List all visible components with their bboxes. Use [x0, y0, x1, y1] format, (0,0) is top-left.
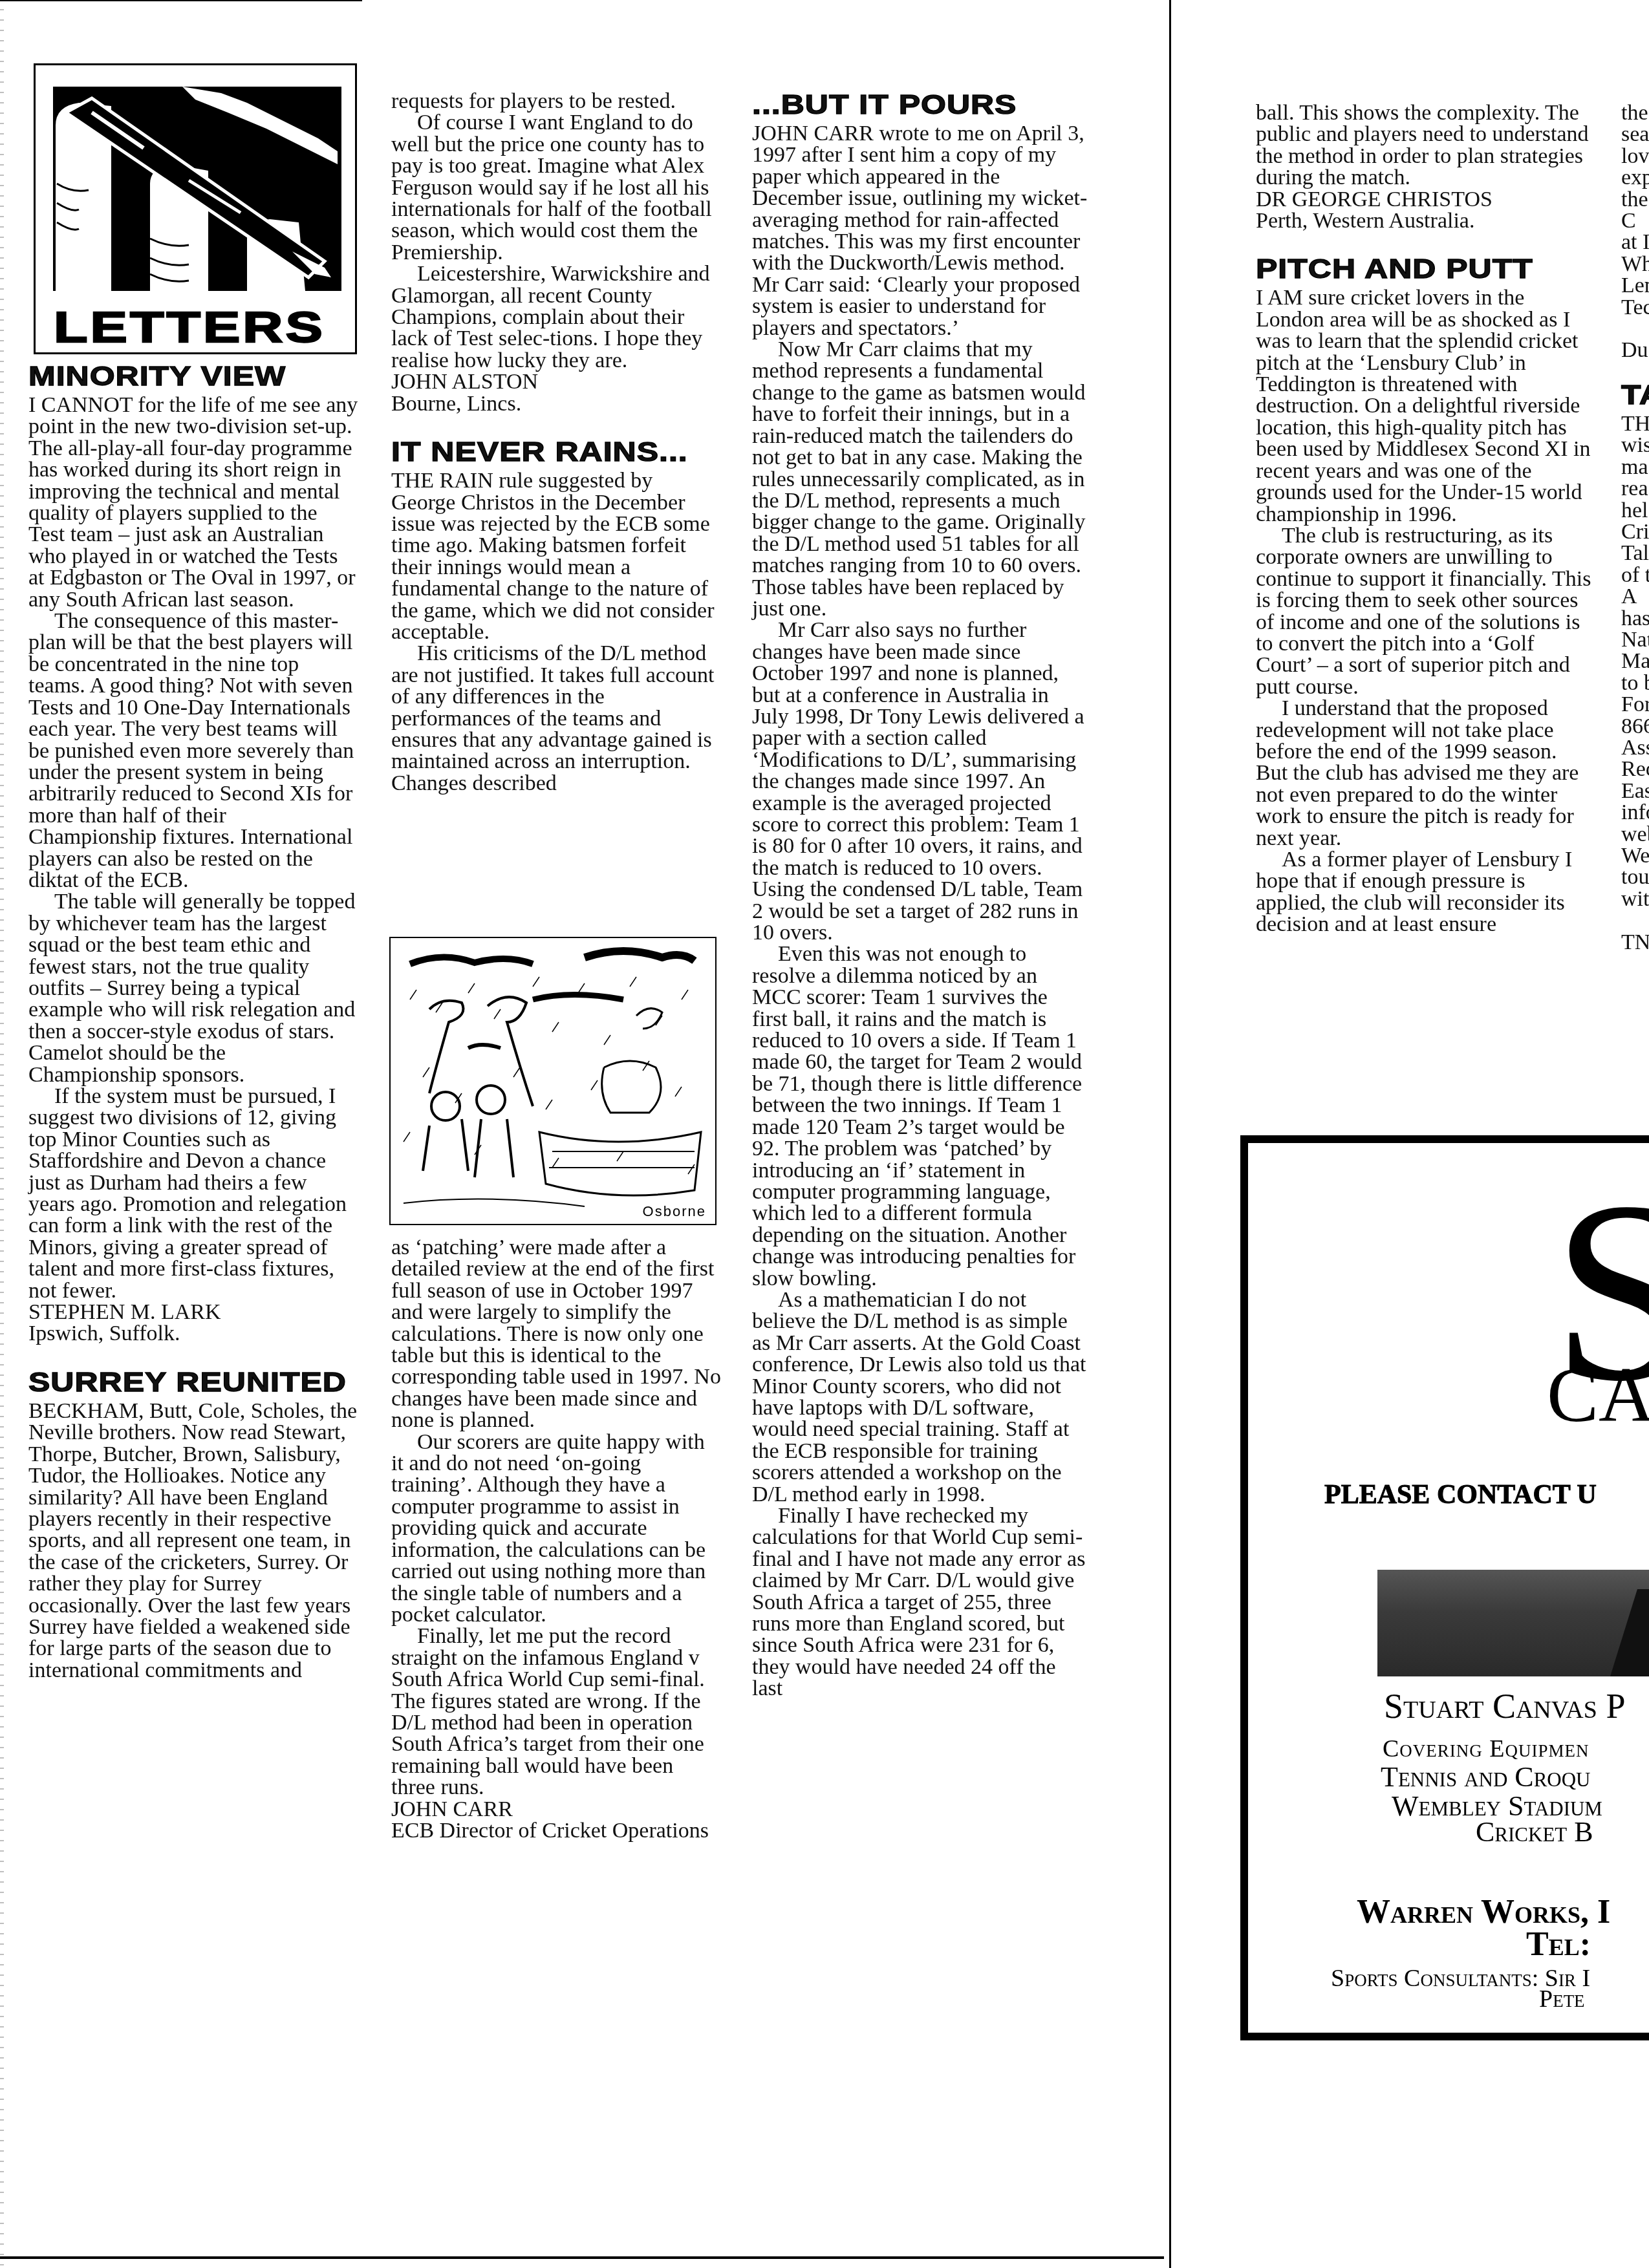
letter-paragraph: The table will generally be topped by wh… [28, 891, 358, 1086]
text-fragment: info [1621, 802, 1649, 823]
text-fragment: has [1621, 608, 1649, 629]
letter-signature: STEPHEN M. LARK [28, 1301, 358, 1323]
text-fragment: Du [1621, 339, 1649, 361]
letter-paragraph: As a former player of Lensbury I hope th… [1256, 849, 1592, 936]
text-fragment: 866 [1621, 716, 1649, 737]
letter-paragraph: Finally, let me put the record straight … [391, 1625, 721, 1798]
text-fragment: C [1621, 210, 1649, 231]
text-fragment: Tal [1621, 542, 1649, 564]
letter-paragraph: ball. This shows the complexity. The pub… [1256, 102, 1592, 189]
letter-paragraph: I AM sure cricket lovers in the London a… [1256, 287, 1592, 524]
text-fragment: Wh [1621, 253, 1649, 275]
page-gutter [1169, 0, 1171, 2268]
letter-paragraph: requests for players to be rested. [391, 91, 721, 112]
rain-cartoon-image: Osborne [389, 937, 717, 1225]
letter-paragraph: His criticisms of the D/L method are not… [391, 643, 721, 794]
letter-paragraph: Leicestershire, Warwickshire and Glamorg… [391, 263, 721, 371]
letter-paragraph: The club is restructuring, as its corpor… [1256, 525, 1592, 698]
advert-covers-photo [1377, 1570, 1649, 1676]
letter-paragraph: Our scorers are quite happy with it and … [391, 1431, 721, 1626]
letter-paragraph: THE RAIN rule suggested by George Christ… [391, 470, 721, 643]
text-fragment: with [1621, 888, 1649, 910]
letter-paragraph: Of course I want England to do well but … [391, 112, 721, 263]
letter-paragraph: Even this was not enough to resolve a di… [752, 943, 1088, 1289]
text-fragment: wis [1621, 434, 1649, 456]
text-fragment: hel [1621, 500, 1649, 521]
text-fragment: Ass [1621, 737, 1649, 758]
top-rule [0, 0, 362, 1]
magazine-spread: LETTERS MINORITY VIEW I CANNOT for the l… [0, 0, 1649, 2268]
text-fragment: Tec [1621, 297, 1649, 318]
text-fragment: TNA [1621, 932, 1649, 953]
scan-edge [0, 0, 4, 2268]
letter-paragraph: Finally I have rechecked my calculations… [752, 1505, 1088, 1700]
letter-location: Ipswich, Suffolk. [28, 1323, 358, 1344]
text-fragment: A [1621, 586, 1649, 607]
letters-masthead: LETTERS [34, 63, 357, 354]
column-2-lower: as ‘patching’ were made after a detailed… [391, 1237, 721, 1841]
letter-paragraph: as ‘patching’ were made after a detailed… [391, 1237, 721, 1431]
advert-company-name: Stuart Canvas P [1384, 1686, 1625, 1726]
letter-heading: IT NEVER RAINS... [391, 438, 721, 465]
letter-location: ECB Director of Cricket Operations [391, 1820, 721, 1841]
text-fragment: web [1621, 824, 1649, 845]
text-fragment: Len [1621, 275, 1649, 296]
text-fragment: tou [1621, 866, 1649, 888]
letter-signature: JOHN ALSTON [391, 371, 721, 392]
letter-paragraph: I understand that the proposed redevelop… [1256, 698, 1592, 849]
text-fragment: sea [1621, 123, 1649, 145]
text-fragment: rea [1621, 478, 1649, 499]
text-fragment: TH [1621, 413, 1649, 434]
letter-paragraph: Now Mr Carr claims that my method repres… [752, 339, 1088, 619]
text-fragment: Rec [1621, 758, 1649, 780]
advert-consultants-cont: Pete [1539, 1985, 1585, 2013]
text-fragment: Cri [1621, 521, 1649, 542]
letter-paragraph: BECKHAM, Butt, Cole, Scholes, the Nevill… [28, 1400, 358, 1681]
advert-line: Cricket B [1476, 1815, 1593, 1848]
advert-line: Tennis and Croqu [1381, 1760, 1591, 1793]
text-fragment: For [1621, 694, 1649, 715]
letter-heading: ...BUT IT POURS [752, 91, 1088, 118]
text-fragment: of t [1621, 564, 1649, 586]
column-3: ...BUT IT POURS JOHN CARR wrote to me on… [752, 91, 1088, 1700]
text-fragment [1621, 318, 1649, 339]
advert-telephone: Tel: [1526, 1925, 1591, 1963]
column-1: MINORITY VIEW I CANNOT for the life of m… [28, 362, 358, 1681]
advert-contact-line: PLEASE CONTACT U [1324, 1479, 1597, 1510]
column-5-fragment: thesealovexptheCat IWhLenTec DuTATHwisma… [1621, 102, 1649, 953]
stuart-canvas-advert: S CA PLEASE CONTACT U Stuart Canvas P Co… [1240, 1135, 1649, 2040]
text-fragment: the [1621, 102, 1649, 123]
advert-line: Covering Equipmen [1383, 1735, 1590, 1763]
masthead-title: LETTERS [54, 306, 325, 349]
advert-logo-word: CA [1547, 1356, 1649, 1434]
pen-and-books-icon [53, 87, 341, 291]
text-fragment: ma [1621, 456, 1649, 478]
letter-heading: MINORITY VIEW [28, 362, 358, 390]
letter-heading: PITCH AND PUTT [1256, 255, 1592, 283]
letter-paragraph: If the system must be pursued, I suggest… [28, 1086, 358, 1301]
text-fragment: exp [1621, 167, 1649, 188]
bottom-rule [0, 2256, 1164, 2259]
text-fragment: lov [1621, 145, 1649, 167]
text-fragment: Ma [1621, 650, 1649, 672]
text-fragment: Nat [1621, 629, 1649, 650]
letter-heading: TA [1621, 381, 1649, 409]
text-fragment: at I [1621, 231, 1649, 253]
text-fragment: to b [1621, 672, 1649, 694]
column-2: requests for players to be rested. Of co… [391, 91, 721, 794]
letter-signature: JOHN CARR [391, 1799, 721, 1820]
letter-paragraph: The consequence of this master-plan will… [28, 610, 358, 891]
letter-paragraph: Mr Carr also says no further changes hav… [752, 619, 1088, 943]
text-fragment: the [1621, 189, 1649, 210]
letter-signature: DR GEORGE CHRISTOS [1256, 189, 1592, 210]
letter-location: Perth, Western Australia. [1256, 210, 1592, 231]
cartoon-artist-signature: Osborne [643, 1203, 706, 1220]
text-fragment [1621, 910, 1649, 931]
letter-location: Bourne, Lincs. [391, 393, 721, 414]
column-4: ball. This shows the complexity. The pub… [1256, 102, 1592, 936]
letter-paragraph: JOHN CARR wrote to me on April 3, 1997 a… [752, 123, 1088, 339]
letter-heading: SURREY REUNITED [28, 1368, 358, 1396]
letter-paragraph: As a mathematician I do not believe the … [752, 1289, 1088, 1505]
letter-paragraph: I CANNOT for the life of me see any poin… [28, 394, 358, 610]
text-fragment: We [1621, 845, 1649, 866]
text-fragment: Eas [1621, 780, 1649, 802]
